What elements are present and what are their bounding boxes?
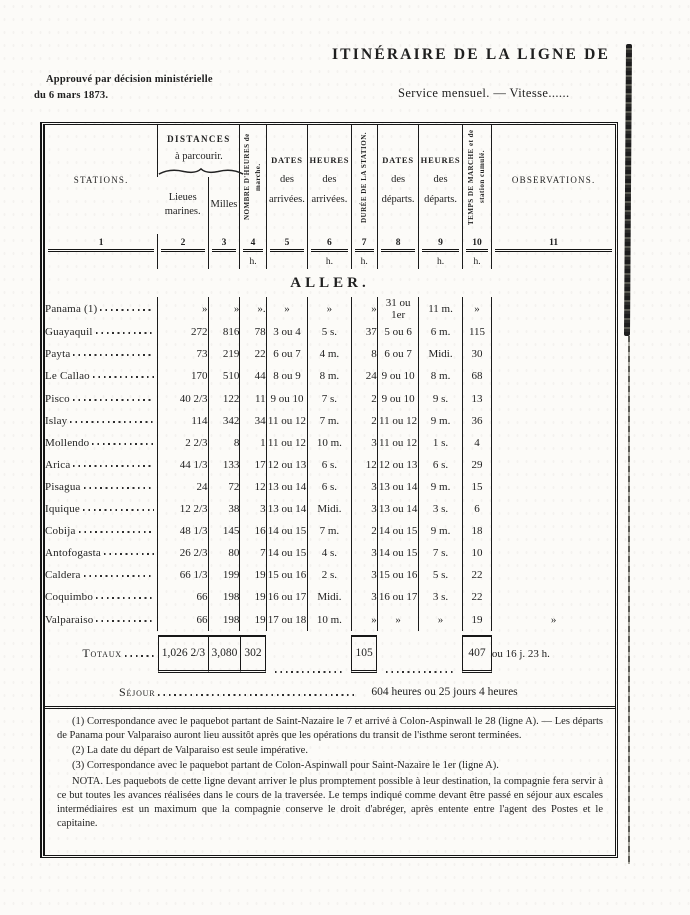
cell-du: 3 (351, 498, 377, 520)
cell-station: Le Callao (45, 365, 158, 387)
cell-dd: 9 ou 10 (377, 365, 419, 387)
col-num-4: 4 (240, 234, 266, 254)
cell-hd: » (419, 608, 462, 630)
dot-leader (158, 694, 358, 696)
cell-dd: 15 ou 16 (377, 564, 419, 586)
cell-station: Iquique (45, 498, 158, 520)
approval-line-2: du 6 mars 1873. (34, 88, 254, 104)
heures-dep-l1: HEURES (419, 155, 461, 165)
cell-cu: 13 (462, 388, 492, 410)
cell-cu: 19 (462, 608, 492, 630)
dates-arr-l1: DATES (267, 155, 308, 165)
cell-hd: Midi. (419, 343, 462, 365)
dot-leader (79, 531, 155, 533)
cell-hd: 3 s. (419, 586, 462, 608)
cell-lieues: 114 (158, 410, 208, 432)
cell-da: 14 ou 15 (266, 520, 308, 542)
distances-label: DISTANCES (158, 134, 239, 144)
cell-dd: 16 ou 17 (377, 586, 419, 608)
footnote-2: (2) La date du départ de Valparaiso est … (57, 744, 603, 758)
footnote-1: (1) Correspondance avec le paquebot part… (57, 715, 603, 743)
section-heading-row: ALLER. (45, 269, 615, 297)
dot-leader (84, 575, 155, 577)
page-title: ITINÉRAIRE DE LA LIGNE DE (318, 46, 624, 64)
col-num-10: 10 (462, 234, 492, 254)
cell-du: 2 (351, 388, 377, 410)
cell-dd: 5 ou 6 (377, 321, 419, 343)
total-lieues-cell: 1,026 2/3 (158, 631, 208, 677)
table-row: Guayaquil272816783 ou 45 s.375 ou 66 m.1… (45, 321, 615, 343)
table-row: Mollendo2 2/38111 ou 1210 m.311 ou 121 s… (45, 432, 615, 454)
col-num-5: 5 (266, 234, 308, 254)
dot-leader (100, 309, 154, 311)
col-num-8: 8 (377, 234, 419, 254)
sejour-row: Séjour 604 heures ou 25 jours 4 heures (45, 677, 615, 708)
cell-ha: 6 s. (308, 454, 351, 476)
cell-lieues: 66 (158, 586, 208, 608)
cell-station: Panama (1) (45, 297, 158, 321)
dot-leader (104, 553, 154, 555)
duree-station-label: DURÉE DE LA STATION. (359, 125, 370, 229)
spacer (45, 685, 119, 700)
station-name: Antofogasta (45, 547, 101, 559)
cell-dd: 31 ou 1er (377, 297, 419, 321)
heures-dep-l2: des (419, 174, 461, 185)
cell-ha: » (308, 297, 351, 321)
rule (381, 249, 416, 252)
scan-binding-artifact-top (624, 44, 632, 336)
cell-milles: 198 (208, 586, 240, 608)
cell-milles: 133 (208, 454, 240, 476)
cell-hd: 9 m. (419, 520, 462, 542)
unit-empty (492, 254, 615, 269)
col-header-heures-arrivees: HEURES des arrivées. (308, 125, 351, 234)
temps-marche-label: TEMPS DE MARCHE et de station cumulé. (466, 125, 488, 229)
cell-dd: 11 ou 12 (377, 432, 419, 454)
cell-hd: 11 m. (419, 297, 462, 321)
cell-du: 37 (351, 321, 377, 343)
col-num-6: 6 (308, 234, 351, 254)
station-name: Payta (45, 348, 70, 360)
cell-da: 17 ou 18 (266, 608, 308, 630)
dot-leader (125, 655, 155, 657)
col-header-nombre-heures: NOMBRE D'HEURES de marche. (240, 125, 266, 234)
cell-cu: 22 (462, 564, 492, 586)
service-vitesse-line: Service mensuel. — Vitesse...... (398, 86, 634, 101)
cell-hd: 8 m. (419, 365, 462, 387)
total-duree-cell: 105 (351, 631, 377, 677)
station-name: Panama (1) (45, 303, 97, 315)
unit-h-duree: h. (351, 254, 377, 269)
col-header-heures-departs: HEURES des départs. (419, 125, 462, 234)
cell-station: Guayaquil (45, 321, 158, 343)
table-row: Arica44 1/31331712 ou 136 s.1212 ou 136 … (45, 454, 615, 476)
dates-arr-l2: des (267, 174, 308, 185)
heures-arr-l2: des (308, 174, 350, 185)
station-name: Le Callao (45, 370, 90, 382)
station-name: Guayaquil (45, 326, 93, 338)
cell-milles: 199 (208, 564, 240, 586)
col-header-stations: STATIONS. (45, 125, 158, 234)
table-row: Caldera66 1/31991915 ou 162 s.315 ou 165… (45, 564, 615, 586)
cell-dd: 11 ou 12 (377, 410, 419, 432)
cell-milles: 219 (208, 343, 240, 365)
cell-da: 12 ou 13 (266, 454, 308, 476)
cell-dd: 14 ou 15 (377, 520, 419, 542)
cell-obs (492, 432, 615, 454)
cell-obs (492, 586, 615, 608)
dot-leader (386, 671, 453, 673)
cell-cu: 115 (462, 321, 492, 343)
dot-leader (70, 421, 154, 423)
cell-ha: Midi. (308, 498, 351, 520)
rule (48, 249, 154, 252)
cell-hm: 3 (240, 498, 266, 520)
cell-du: 2 (351, 520, 377, 542)
total-lieues: 1,026 2/3 (158, 635, 208, 673)
heures-arr-l1: HEURES (308, 155, 350, 165)
footnote-nota: NOTA. Les paquebots de cette ligne devan… (57, 775, 603, 831)
cell-da: 9 ou 10 (266, 388, 308, 410)
itinerary-table: STATIONS. DISTANCES à parcourir. NOMBRE … (45, 125, 615, 706)
cell-dd: 6 ou 7 (377, 343, 419, 365)
cell-cu: 36 (462, 410, 492, 432)
cell-hm: 19 (240, 608, 266, 630)
cell-da: 15 ou 16 (266, 564, 308, 586)
cell-station: Pisagua (45, 476, 158, 498)
cell-station: Caldera (45, 564, 158, 586)
cell-cu: 10 (462, 542, 492, 564)
unit-empty (377, 254, 419, 269)
cell-cu: 29 (462, 454, 492, 476)
cell-lieues: 26 2/3 (158, 542, 208, 564)
cell-ha: 5 s. (308, 321, 351, 343)
total-heures-marche: 302 (240, 635, 266, 673)
approval-note: Approuvé par décision ministérielle du 6… (34, 72, 254, 104)
cell-obs (492, 365, 615, 387)
cell-hm: 12 (240, 476, 266, 498)
unit-empty (208, 254, 240, 269)
nombre-heures-label: NOMBRE D'HEURES de marche. (242, 125, 264, 229)
dates-dep-l2: des (378, 174, 419, 185)
cell-du: 3 (351, 476, 377, 498)
dates-arr-l3: arrivées. (267, 194, 308, 205)
cell-hm: 17 (240, 454, 266, 476)
total-heures-marche-cell: 302 (240, 631, 266, 677)
cell-obs (492, 498, 615, 520)
cell-dd: 12 ou 13 (377, 454, 419, 476)
cell-station: Coquimbo (45, 586, 158, 608)
total-milles: 3,080 (208, 635, 240, 673)
col-header-duree-station: DURÉE DE LA STATION. (351, 125, 377, 234)
cell-du: 3 (351, 542, 377, 564)
cell-da: » (266, 297, 308, 321)
cell-lieues: » (158, 297, 208, 321)
rule (311, 249, 347, 252)
cell-hm: 16 (240, 520, 266, 542)
cell-lieues: 12 2/3 (158, 498, 208, 520)
cell-hd: 9 s. (419, 388, 462, 410)
cell-milles: 72 (208, 476, 240, 498)
cell-dd: 14 ou 15 (377, 542, 419, 564)
col-header-observations: OBSERVATIONS. (492, 125, 615, 234)
cell-station: Payta (45, 343, 158, 365)
scan-binding-artifact-bottom (628, 336, 630, 864)
cell-da: 14 ou 15 (266, 542, 308, 564)
table-row: Antofogasta26 2/380714 ou 154 s.314 ou 1… (45, 542, 615, 564)
col-header-lieues: Lieues marines. (158, 177, 208, 234)
cell-milles: 510 (208, 365, 240, 387)
cell-hm: 11 (240, 388, 266, 410)
cell-cu: » (462, 297, 492, 321)
cell-du: 2 (351, 410, 377, 432)
cell-hd: 6 m. (419, 321, 462, 343)
cell-du: 3 (351, 432, 377, 454)
col-num-9: 9 (419, 234, 462, 254)
col-header-dates-departs: DATES des départs. (377, 125, 419, 234)
dot-leader (275, 671, 342, 673)
unit-h-temps: h. (462, 254, 492, 269)
station-name: Pisco (45, 393, 70, 405)
col-num-7: 7 (351, 234, 377, 254)
totals-label-cell: Totaux (45, 631, 158, 677)
cell-ha: 2 s. (308, 564, 351, 586)
cell-obs (492, 476, 615, 498)
cell-station: Islay (45, 410, 158, 432)
cell-hd: 3 s. (419, 498, 462, 520)
unit-empty (45, 254, 158, 269)
cell-dd: » (377, 608, 419, 630)
cell-lieues: 44 1/3 (158, 454, 208, 476)
table-body: Panama (1)»»».»»»31 ou 1er11 m.»Guayaqui… (45, 297, 615, 631)
cell-dd: 13 ou 14 (377, 476, 419, 498)
cell-da: 11 ou 12 (266, 410, 308, 432)
cell-station: Antofogasta (45, 542, 158, 564)
cell-lieues: 170 (158, 365, 208, 387)
cell-ha: 7 s. (308, 388, 351, 410)
total-cumul-cell: 407 (462, 631, 492, 677)
unit-empty (158, 254, 208, 269)
cell-lieues: 73 (158, 343, 208, 365)
rule (422, 249, 458, 252)
col-header-distances: DISTANCES à parcourir. (158, 125, 240, 177)
cell-hm: 44 (240, 365, 266, 387)
sejour-label: Séjour (119, 685, 155, 700)
cell-lieues: 48 1/3 (158, 520, 208, 542)
cell-hm: 19 (240, 586, 266, 608)
col-num-1: 1 (45, 234, 158, 254)
spacer (518, 685, 615, 700)
cell-milles: 80 (208, 542, 240, 564)
cell-dd: 9 ou 10 (377, 388, 419, 410)
station-name: Cobija (45, 525, 76, 537)
dot-leader (96, 620, 154, 622)
cell-hm: 22 (240, 343, 266, 365)
cell-lieues: 272 (158, 321, 208, 343)
station-name: Coquimbo (45, 591, 93, 603)
dot-leader (73, 465, 154, 467)
cell-obs (492, 564, 615, 586)
cell-hd: 6 s. (419, 454, 462, 476)
cell-da: 13 ou 14 (266, 498, 308, 520)
cell-da: 11 ou 12 (266, 432, 308, 454)
cell-station: Mollendo (45, 432, 158, 454)
cell-ha: Midi. (308, 586, 351, 608)
section-title-aller: ALLER. (45, 269, 615, 297)
cell-da: 13 ou 14 (266, 476, 308, 498)
rule (270, 249, 305, 252)
cell-ha: 4 m. (308, 343, 351, 365)
table-row: Coquimbo661981916 ou 17Midi.316 ou 173 s… (45, 586, 615, 608)
cell-hm: 7 (240, 542, 266, 564)
cell-da: 8 ou 9 (266, 365, 308, 387)
cell-lieues: 24 (158, 476, 208, 498)
cell-lieues: 40 2/3 (158, 388, 208, 410)
cell-obs (492, 321, 615, 343)
itinerary-frame: STATIONS. DISTANCES à parcourir. NOMBRE … (40, 122, 618, 858)
dates-dep-l1: DATES (378, 155, 419, 165)
cell-cu: 6 (462, 498, 492, 520)
cell-du: » (351, 297, 377, 321)
col-header-milles: Milles (208, 177, 240, 234)
cell-cu: 30 (462, 343, 492, 365)
cell-da: 3 ou 4 (266, 321, 308, 343)
cell-du: » (351, 608, 377, 630)
cell-cu: 15 (462, 476, 492, 498)
table-row: Cobija48 1/31451614 ou 157 m.214 ou 159 … (45, 520, 615, 542)
cell-hd: 5 s. (419, 564, 462, 586)
total-observation: ou 16 j. 23 h. (492, 631, 615, 677)
totals-label: Totaux (82, 646, 122, 661)
dates-dep-l3: départs. (378, 194, 419, 205)
heures-dep-l3: départs. (419, 194, 461, 205)
table-row: Pisagua24721213 ou 146 s.313 ou 149 m.15 (45, 476, 615, 498)
station-name: Iquique (45, 503, 80, 515)
total-milles-cell: 3,080 (208, 631, 240, 677)
cell-ha: 8 m. (308, 365, 351, 387)
station-name: Mollendo (45, 437, 89, 449)
unit-h-departs: h. (419, 254, 462, 269)
totals-row: Totaux 1,026 2/3 3,080 302 105 407 ou 16… (45, 631, 615, 677)
dot-leader (73, 399, 155, 401)
cell-du: 8 (351, 343, 377, 365)
col-header-temps-marche: TEMPS DE MARCHE et de station cumulé. (462, 125, 492, 234)
dot-leader (83, 509, 154, 511)
cell-hm: 1 (240, 432, 266, 454)
sejour-value: 604 heures ou 25 jours 4 heures (371, 686, 517, 698)
unit-empty (266, 254, 308, 269)
totals-dotted-fill (266, 631, 351, 677)
cell-dd: 13 ou 14 (377, 498, 419, 520)
station-name: Caldera (45, 569, 81, 581)
cell-du: 12 (351, 454, 377, 476)
cell-obs (492, 297, 615, 321)
total-duree: 105 (351, 635, 377, 673)
cell-milles: 198 (208, 608, 240, 630)
cell-hd: 9 m. (419, 410, 462, 432)
cell-obs (492, 520, 615, 542)
cell-ha: 6 s. (308, 476, 351, 498)
cell-cu: 68 (462, 365, 492, 387)
cell-cu: 18 (462, 520, 492, 542)
col-num-2: 2 (158, 234, 208, 254)
rule (243, 249, 262, 252)
dot-leader (96, 332, 155, 334)
totals-dotted-fill (377, 631, 462, 677)
cell-milles: 342 (208, 410, 240, 432)
brace-icon (158, 167, 244, 176)
rule (355, 249, 374, 252)
cell-da: 6 ou 7 (266, 343, 308, 365)
cell-ha: 7 m. (308, 520, 351, 542)
cell-hm: 34 (240, 410, 266, 432)
cell-obs (492, 410, 615, 432)
cell-station: Pisco (45, 388, 158, 410)
table-row: Iquique12 2/338313 ou 14Midi.313 ou 143 … (45, 498, 615, 520)
dot-leader (93, 376, 154, 378)
table-row: Panama (1)»»».»»»31 ou 1er11 m.» (45, 297, 615, 321)
cell-obs (492, 454, 615, 476)
dot-leader (84, 487, 155, 489)
cell-station: Valparaiso (45, 608, 158, 630)
cell-hm: 78 (240, 321, 266, 343)
col-num-3: 3 (208, 234, 240, 254)
cell-milles: » (208, 297, 240, 321)
sejour-cell: Séjour 604 heures ou 25 jours 4 heures (45, 677, 615, 708)
cell-hd: 1 s. (419, 432, 462, 454)
cell-station: Arica (45, 454, 158, 476)
header-row-1: STATIONS. DISTANCES à parcourir. NOMBRE … (45, 125, 615, 177)
table-row: Islay1143423411 ou 127 m.211 ou 129 m.36 (45, 410, 615, 432)
total-cumul: 407 (462, 635, 492, 673)
cell-du: 24 (351, 365, 377, 387)
cell-ha: 10 m. (308, 608, 351, 630)
cell-milles: 145 (208, 520, 240, 542)
cell-cu: 22 (462, 586, 492, 608)
cell-hd: 7 s. (419, 542, 462, 564)
dot-leader (92, 443, 154, 445)
rule (212, 249, 237, 252)
table-row: Valparaiso661981917 ou 1810 m.»»»19» (45, 608, 615, 630)
cell-station: Cobija (45, 520, 158, 542)
distances-sublabel: à parcourir. (158, 151, 239, 162)
cell-hm: ». (240, 297, 266, 321)
cell-obs (492, 542, 615, 564)
rule (466, 249, 489, 252)
table-row: Le Callao170510448 ou 98 m.249 ou 108 m.… (45, 365, 615, 387)
cell-du: 3 (351, 564, 377, 586)
table-row: Payta73219226 ou 74 m.86 ou 7Midi.30 (45, 343, 615, 365)
dot-leader (73, 354, 154, 356)
approval-line-1: Approuvé par décision ministérielle (34, 72, 254, 88)
rule (495, 249, 612, 252)
station-name: Pisagua (45, 481, 81, 493)
cell-cu: 4 (462, 432, 492, 454)
col-header-dates-arrivees: DATES des arrivées. (266, 125, 308, 234)
cell-ha: 4 s. (308, 542, 351, 564)
cell-milles: 8 (208, 432, 240, 454)
station-name: Islay (45, 415, 67, 427)
unit-h-arrivees: h. (308, 254, 351, 269)
cell-ha: 7 m. (308, 410, 351, 432)
cell-lieues: 66 1/3 (158, 564, 208, 586)
cell-hm: 19 (240, 564, 266, 586)
cell-lieues: 2 2/3 (158, 432, 208, 454)
dot-leader (96, 597, 154, 599)
cell-ha: 10 m. (308, 432, 351, 454)
cell-milles: 816 (208, 321, 240, 343)
cell-hd: 9 m. (419, 476, 462, 498)
